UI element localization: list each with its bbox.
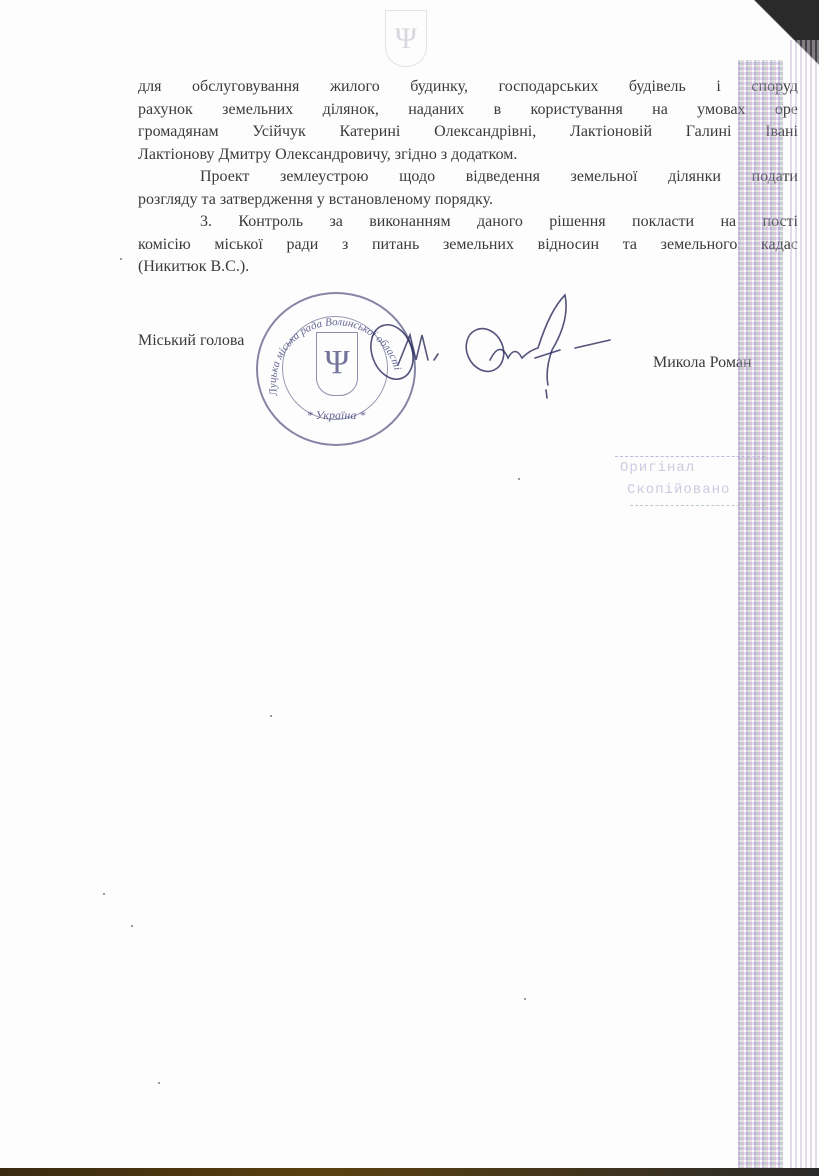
- document-body: для обслуговування жилого будинку, госпо…: [138, 76, 798, 279]
- handwritten-signature: [370, 290, 630, 405]
- paragraph-1: для обслуговування жилого будинку, госпо…: [138, 76, 798, 166]
- text-line: Проект землеустрою щодо відведення земел…: [138, 166, 798, 189]
- scanned-page: Ψ для обслуговування жилого будинку, гос…: [0, 0, 819, 1176]
- text-line: Лактіонову Дмитру Олександровичу, згідно…: [138, 144, 798, 167]
- scan-bottom-edge: [0, 1168, 819, 1176]
- scan-speck: [120, 258, 122, 260]
- trident-emblem-icon: Ψ: [316, 332, 358, 396]
- scan-speck: [158, 1082, 160, 1084]
- paragraph-3: 3. Контроль за виконанням даного рішення…: [138, 211, 798, 279]
- scan-speck: [524, 998, 526, 1000]
- text-line: для обслуговування жилого будинку, госпо…: [138, 76, 798, 99]
- scan-speck: [103, 893, 105, 895]
- text-line: рахунок земельних ділянок, наданих в кор…: [138, 99, 798, 122]
- trident-emblem-icon: Ψ: [385, 10, 427, 67]
- scan-speck: [131, 925, 133, 927]
- text-line: 3. Контроль за виконанням даного рішення…: [138, 211, 798, 234]
- stamp-line-2: Скопійовано: [627, 482, 730, 498]
- scan-speck: [270, 715, 272, 717]
- scan-speck: [518, 478, 520, 480]
- text-line: (Никитюк В.С.).: [138, 256, 798, 279]
- text-line: громадянам Усійчук Катерині Олександрівн…: [138, 121, 798, 144]
- seal-bottom-text: * Україна *: [258, 408, 414, 423]
- scan-artifact-band: [738, 60, 783, 1170]
- signatory-title: Міський голова: [138, 332, 244, 350]
- stamp-line-1: Оригінал: [620, 460, 695, 476]
- text-line: розгляду та затвердження у встановленому…: [138, 189, 798, 212]
- paragraph-2: Проект землеустрою щодо відведення земел…: [138, 166, 798, 211]
- scan-page-edge: [790, 40, 819, 1176]
- text-line: комісію міської ради з питань земельних …: [138, 234, 798, 257]
- signatory-name: Микола Роман: [653, 354, 752, 372]
